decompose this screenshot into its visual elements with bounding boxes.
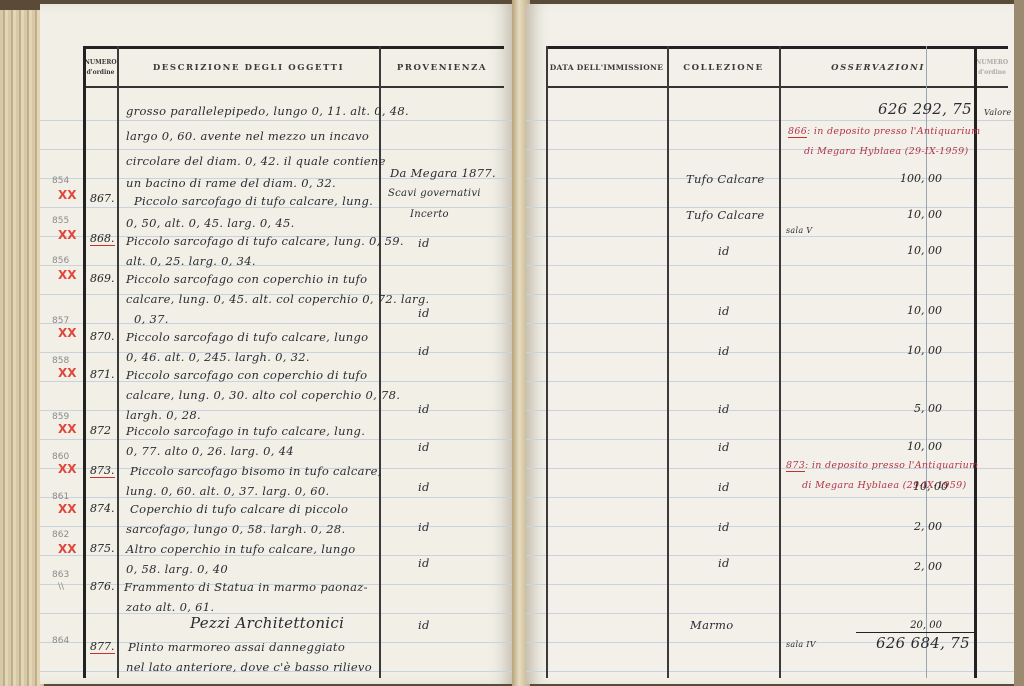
- entry-line: calcare, lung. 0, 30. alto col coperchio…: [126, 388, 400, 402]
- entry-line: 0, 77. alto 0, 26. larg. 0, 44: [126, 444, 294, 458]
- red-cross-mark: XX: [58, 366, 77, 380]
- collezione-value: id: [718, 244, 730, 258]
- collezione-value: id: [718, 440, 730, 454]
- amount-value: 20, 00: [882, 620, 942, 631]
- entry-number: 868.: [90, 232, 115, 246]
- entry-line: Piccolo sarcofago di tufo calcare, lung.: [134, 194, 373, 208]
- margin-number: 859: [52, 412, 69, 422]
- header-osservazioni: OSSERVAZIONI: [780, 49, 976, 86]
- rule-descrizione: [379, 46, 381, 678]
- entry-line: Piccolo sarcofago in tufo calcare, lung.: [126, 424, 365, 438]
- desc-cont-line: circolare del diam. 0, 42. il quale cont…: [126, 154, 386, 168]
- entry-line: nel lato anteriore, dove c'è basso rilie…: [126, 660, 372, 674]
- entry-line: zato alt. 0, 61.: [126, 600, 214, 614]
- amount-value: 10, 00: [882, 304, 942, 317]
- entry-line: sarcofago, lungo 0, 58. largh. 0, 28.: [126, 522, 345, 536]
- margin-number: 863: [52, 570, 69, 580]
- entry-number: 867.: [90, 192, 115, 205]
- collezione-value: id: [718, 402, 730, 416]
- left-page: NUMERO d'ordine DESCRIZIONE DEGLI OGGETT…: [40, 4, 516, 684]
- amount-value: 2, 00: [882, 560, 942, 573]
- collezione-value: Marmo: [690, 618, 733, 632]
- rule-right-border: [974, 46, 977, 678]
- provenance-ditto: id: [418, 344, 430, 358]
- entry-line: Plinto marmoreo assai danneggiato: [128, 640, 345, 654]
- header-numero: NUMERO d'ordine: [84, 49, 118, 86]
- pencil-mark: \\: [58, 582, 64, 592]
- provenance-line: Scavi governativi: [388, 188, 481, 199]
- margin-number: 855: [52, 216, 69, 226]
- entry-line: Piccolo sarcofago con coperchio in tufo: [126, 272, 367, 286]
- entry-line: 0, 58. larg. 0, 40: [126, 562, 228, 576]
- entry-number: 872: [90, 424, 111, 437]
- sala-note: sala V: [786, 226, 812, 235]
- collezione-value: id: [718, 520, 730, 534]
- note-ref: 866: [788, 126, 807, 138]
- provenance-line: Incerto: [410, 209, 449, 220]
- amount-value: 10, 00: [882, 440, 942, 453]
- red-cross-mark: XX: [58, 502, 77, 516]
- amount-value: 10, 00: [882, 344, 942, 357]
- entry-line: 0, 50, alt. 0, 45. larg. 0, 45.: [126, 216, 295, 230]
- collezione-value: id: [718, 344, 730, 358]
- note-text: : in deposito presso l'Antiquarium: [805, 460, 978, 471]
- provenance-ditto: id: [418, 236, 430, 250]
- entry-line: Piccolo sarcofago con coperchio di tufo: [126, 368, 367, 382]
- provenance-ditto: id: [418, 556, 430, 570]
- entry-number: 876.: [90, 580, 115, 593]
- entry-number: 871.: [90, 368, 115, 381]
- rule-data: [667, 46, 669, 678]
- rule-left-border: [83, 46, 86, 678]
- right-numero-header: NUMERO d'ordine: [976, 46, 1008, 88]
- red-cross-mark: XX: [58, 268, 77, 282]
- entry-line: calcare, lung. 0, 45. alt. col coperchio…: [126, 292, 429, 306]
- header-data-immissione: DATA DELL'IMMISSIONE: [546, 49, 668, 86]
- final-total: 626 684, 75: [876, 634, 970, 652]
- right-table-header: DATA DELL'IMMISSIONE COLLEZIONE OSSERVAZ…: [546, 46, 976, 88]
- margin-number: 856: [52, 256, 69, 266]
- entry-line: 0, 46. alt. 0, 245. largh. 0, 32.: [126, 350, 310, 364]
- header-numero-right: NUMERO d'ordine: [976, 49, 1008, 86]
- ruled-lines: [526, 92, 1016, 684]
- red-cross-mark: XX: [58, 228, 77, 242]
- entry-number: 869.: [90, 272, 115, 285]
- entry-line: largh. 0, 28.: [126, 408, 201, 422]
- entry-number: 877.: [90, 640, 115, 654]
- right-page: DATA DELL'IMMISSIONE COLLEZIONE OSSERVAZ…: [526, 4, 1016, 684]
- note-text: : in deposito presso l'Antiquarium: [807, 126, 980, 137]
- amount-value: 5, 00: [882, 402, 942, 415]
- amount-value: 10, 00: [882, 244, 942, 257]
- rule-amount: [926, 46, 927, 678]
- red-cross-mark: XX: [58, 462, 77, 476]
- provenance-ditto: id: [418, 480, 430, 494]
- entry-number: 875.: [90, 542, 115, 555]
- ledger-book: NUMERO d'ordine DESCRIZIONE DEGLI OGGETT…: [0, 0, 1024, 686]
- red-cross-mark: XX: [58, 422, 77, 436]
- carried-total: 626 292, 75: [878, 100, 972, 118]
- entry-line: Coperchio di tufo calcare di piccolo: [130, 502, 348, 516]
- collezione-value: Tufo Calcare: [686, 208, 764, 222]
- collezione-value: id: [718, 556, 730, 570]
- desc-cont-line: largo 0, 60. avente nel mezzo un incavo: [126, 129, 369, 143]
- rule-data-left: [546, 46, 548, 678]
- header-provenienza: PROVENIENZA: [380, 49, 504, 86]
- amount-value: 100, 00: [882, 172, 942, 185]
- margin-number: 857: [52, 316, 69, 326]
- left-table-header: NUMERO d'ordine DESCRIZIONE DEGLI OGGETT…: [84, 46, 504, 88]
- margin-number: 858: [52, 356, 69, 366]
- provenance-line: Da Megara 1877.: [390, 166, 496, 180]
- provenance-ditto: id: [418, 618, 430, 632]
- note-ref: 873: [786, 460, 805, 472]
- entry-line: alt. 0, 25. larg. 0, 34.: [126, 254, 256, 268]
- provenance-ditto: id: [418, 520, 430, 534]
- margin-number: 862: [52, 530, 69, 540]
- rule-collezione: [779, 46, 781, 678]
- entry-line: 0, 37.: [134, 312, 169, 326]
- total-rule: [856, 632, 976, 633]
- provenance-ditto: id: [418, 440, 430, 454]
- desc-cont-line: grosso parallelepipedo, lungo 0, 11. alt…: [126, 104, 409, 118]
- entry-line: lung. 0, 60. alt. 0, 37. larg. 0, 60.: [126, 484, 330, 498]
- header-collezione: COLLEZIONE: [668, 49, 780, 86]
- page-edges-right: [1014, 0, 1024, 686]
- margin-number: 864: [52, 636, 69, 646]
- collezione-value: id: [718, 480, 730, 494]
- entry-number: 870.: [90, 330, 115, 343]
- margin-number: 860: [52, 452, 69, 462]
- section-heading: Pezzi Architettonici: [190, 614, 344, 632]
- margin-number: 861: [52, 492, 69, 502]
- entry-line: Piccolo sarcofago di tufo calcare, lung.…: [126, 234, 404, 248]
- entry-line: Frammento di Statua in marmo paonaz-: [124, 580, 368, 594]
- red-cross-mark: XX: [58, 542, 77, 556]
- entry-line: Piccolo sarcofago di tufo calcare, lungo: [126, 330, 368, 344]
- amount-value: 10, 00: [888, 480, 948, 493]
- entry-line: Piccolo sarcofago bisomo in tufo calcare…: [130, 464, 382, 478]
- provenance-ditto: id: [418, 402, 430, 416]
- provenance-ditto: id: [418, 306, 430, 320]
- collezione-value: Tufo Calcare: [686, 172, 764, 186]
- sala-note: sala IV: [786, 640, 816, 649]
- header-descrizione: DESCRIZIONE DEGLI OGGETTI: [118, 49, 380, 86]
- rule-numero: [117, 46, 119, 678]
- amount-value: 2, 00: [882, 520, 942, 533]
- entry-number: 874.: [90, 502, 115, 515]
- entry-number: 873.: [90, 464, 115, 478]
- amount-value: 10, 00: [882, 208, 942, 221]
- red-cross-mark: XX: [58, 188, 77, 202]
- page-edges-left: [0, 10, 44, 686]
- margin-number: 854: [52, 176, 69, 186]
- desc-cont-line: un bacino di rame del diam. 0, 32.: [126, 176, 336, 190]
- red-cross-mark: XX: [58, 326, 77, 340]
- margin-note: Valore: [984, 108, 1012, 117]
- note-text: di Megara Hyblaea (29-IX-1959): [804, 146, 968, 157]
- collezione-value: id: [718, 304, 730, 318]
- entry-line: Altro coperchio in tufo calcare, lungo: [126, 542, 355, 556]
